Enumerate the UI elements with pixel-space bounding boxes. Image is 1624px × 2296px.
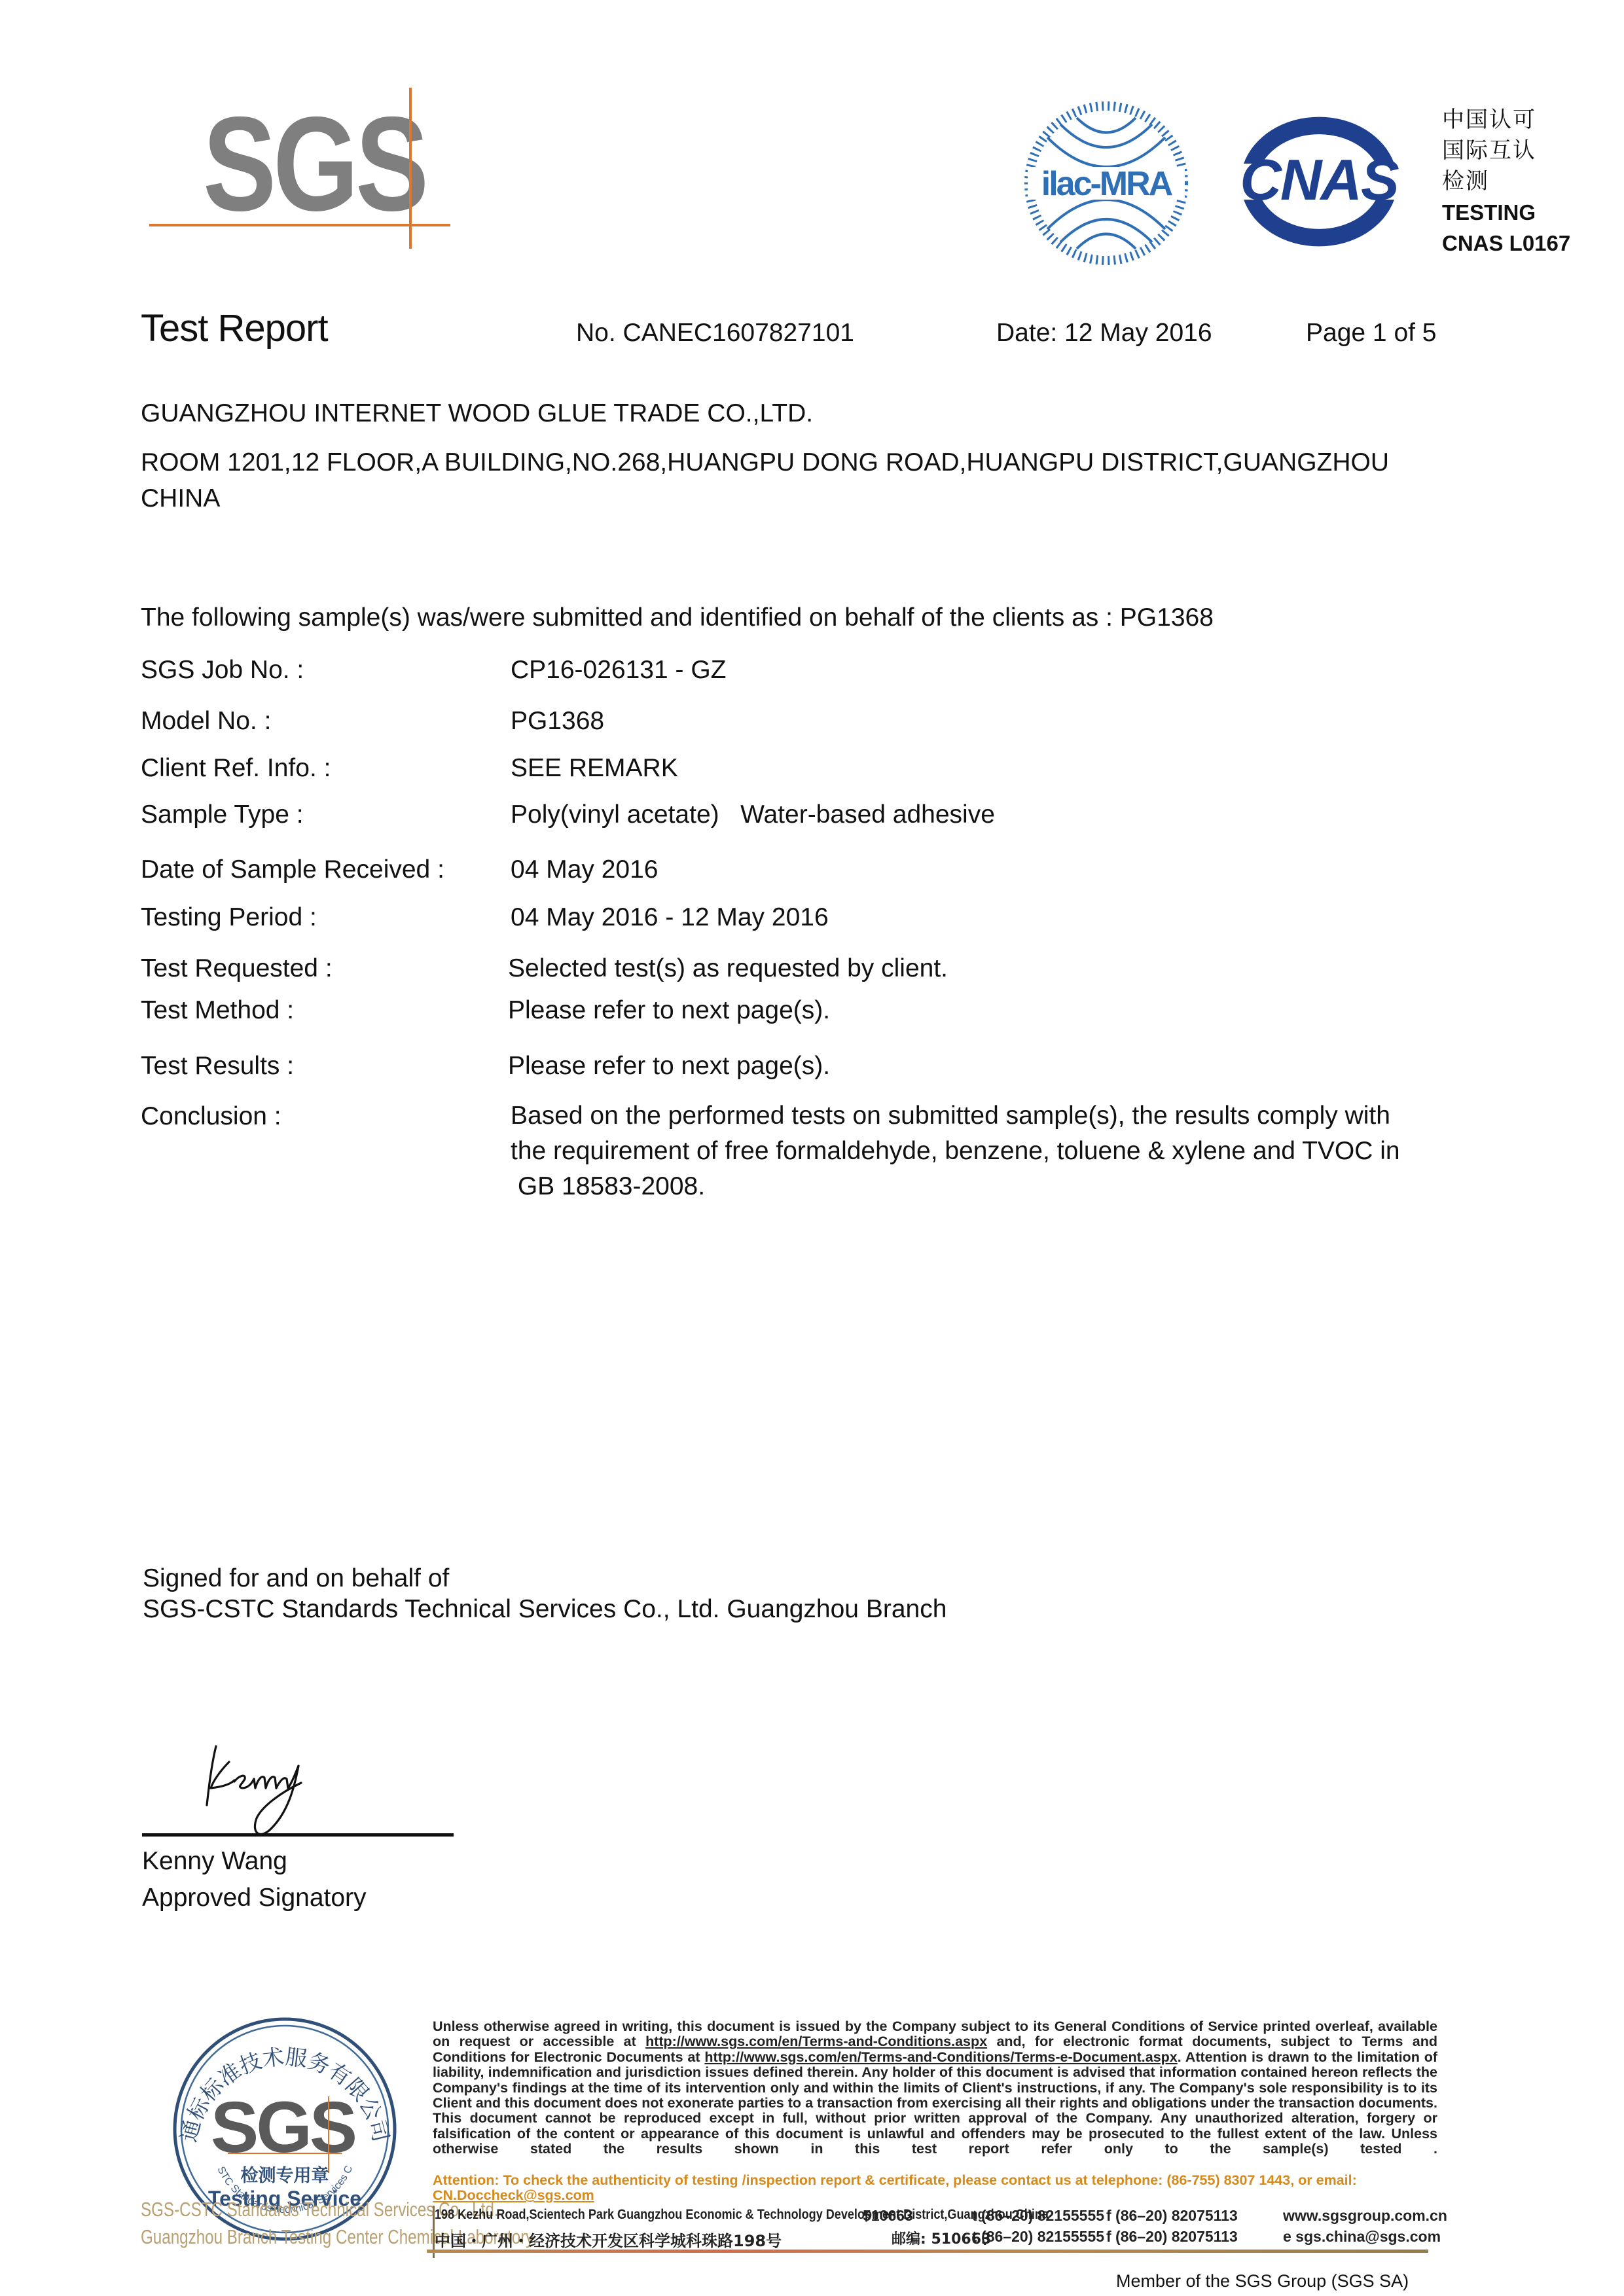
field-label-date-received: Date of Sample Received : — [141, 852, 444, 888]
fax-en: f (86–20) 82075113 — [1106, 2207, 1238, 2225]
cnas-label-line-1: 中国认可 — [1442, 105, 1570, 135]
sgs-address-english: 198 Kezhu Road,Scientech Park Guangzhou … — [435, 2207, 1049, 2223]
website-link[interactable]: www.sgsgroup.com.cn — [1283, 2207, 1447, 2225]
sgs-group-membership: Member of the SGS Group (SGS SA) — [1116, 2271, 1409, 2291]
field-label-sample-type: Sample Type : — [141, 797, 304, 833]
logo-orange-vertical — [409, 88, 412, 249]
footer-divider — [427, 2250, 1428, 2253]
telephone-cn: t (86–20) 82155555 — [972, 2228, 1104, 2246]
authenticity-notice: Attention: To check the authenticity of … — [433, 2173, 1437, 2204]
report-number: No. CANEC1607827101 — [576, 319, 854, 348]
field-value-sample-type: Poly(vinyl acetate) Water-based adhesive — [511, 797, 995, 833]
field-label-testing-period: Testing Period : — [141, 900, 317, 935]
fax-cn: f (86–20) 82075113 — [1106, 2228, 1238, 2246]
terms-conditions-link[interactable]: http://www.sgs.com/en/Terms-and-Conditio… — [645, 2034, 987, 2049]
client-address-line-2: CHINA — [141, 481, 220, 516]
legal-disclaimer: Unless otherwise agreed in writing, this… — [433, 2019, 1437, 2157]
page-indicator: Page 1 of 5 — [1306, 319, 1437, 348]
cnas-accreditation-label: 中国认可 国际互认 检测 TESTING CNAS L0167 — [1442, 105, 1570, 259]
field-label-test-requested: Test Requested : — [141, 951, 333, 986]
conclusion-text: Based on the performed tests on submitte… — [511, 1098, 1400, 1204]
cnas-testing-label: TESTING — [1442, 197, 1570, 228]
ilac-mra-logo-icon: ilac-MRA — [1021, 98, 1191, 268]
signatory-name: Kenny Wang — [142, 1844, 287, 1879]
sample-intro: The following sample(s) was/were submitt… — [141, 600, 1214, 636]
telephone-en: t (86–20) 82155555 — [972, 2207, 1104, 2225]
field-label-test-results: Test Results : — [141, 1049, 294, 1084]
doccheck-email-link[interactable]: CN.Doccheck@sgs.com — [433, 2187, 594, 2203]
conclusion-line-2: the requirement of free formaldehyde, be… — [511, 1134, 1400, 1169]
signatory-role: Approved Signatory — [142, 1880, 367, 1916]
client-address-line-1: ROOM 1201,12 FLOOR,A BUILDING,NO.268,HUA… — [141, 445, 1389, 480]
signed-on-behalf-line-2: SGS-CSTC Standards Technical Services Co… — [143, 1592, 947, 1627]
client-name: GUANGZHOU INTERNET WOOD GLUE TRADE CO.,L… — [141, 396, 813, 431]
sgs-logo: SGS — [141, 77, 488, 221]
field-label-conclusion: Conclusion : — [141, 1099, 281, 1134]
terms-e-document-link[interactable]: http://www.sgs.com/en/Terms-and-Conditio… — [704, 2049, 1177, 2065]
field-value-client-ref: SEE REMARK — [511, 751, 678, 786]
sgs-address-chinese: 中国・广州・经济技术开发区科学城科珠路198号 — [435, 2228, 782, 2251]
field-label-client-ref: Client Ref. Info. : — [141, 751, 331, 786]
field-value-test-method: Please refer to next page(s). — [508, 993, 830, 1028]
conclusion-line-1: Based on the performed tests on submitte… — [511, 1098, 1400, 1134]
handwritten-signature-icon — [196, 1741, 367, 1846]
field-label-test-method: Test Method : — [141, 993, 294, 1028]
signed-on-behalf-line-1: Signed for and on behalf of — [143, 1561, 449, 1596]
svg-text:ilac-MRA: ilac-MRA — [1041, 165, 1173, 203]
field-value-model-no: PG1368 — [511, 704, 604, 739]
sgs-email-link[interactable]: e sgs.china@sgs.com — [1283, 2228, 1441, 2246]
cnas-label-line-3: 检测 — [1442, 166, 1570, 197]
field-label-job-no: SGS Job No. : — [141, 653, 304, 688]
svg-text:CNAS: CNAS — [1240, 147, 1399, 212]
cnas-number: CNAS L0167 — [1442, 228, 1570, 259]
field-value-testing-period: 04 May 2016 - 12 May 2016 — [511, 900, 829, 935]
field-label-model-no: Model No. : — [141, 704, 271, 739]
signature-line — [142, 1833, 454, 1837]
field-value-test-requested: Selected test(s) as requested by client. — [508, 951, 948, 986]
postcode-en: 510663 — [863, 2207, 913, 2225]
cnas-logo-icon: CNAS — [1224, 108, 1414, 255]
authenticity-text: Attention: To check the authenticity of … — [433, 2172, 1357, 2188]
field-value-test-results: Please refer to next page(s). — [508, 1049, 830, 1084]
field-value-date-received: 04 May 2016 — [511, 852, 659, 888]
cnas-label-line-2: 国际互认 — [1442, 135, 1570, 166]
conclusion-line-3: GB 18583-2008. — [511, 1169, 1400, 1204]
svg-text:SGS: SGS — [211, 2087, 355, 2168]
field-value-job-no: CP16-026131 - GZ — [511, 653, 727, 688]
sgs-logo-text: SGS — [203, 97, 425, 231]
logo-orange-baseline — [149, 224, 450, 226]
report-title: Test Report — [141, 306, 328, 350]
svg-text:检测专用章: 检测专用章 — [241, 2165, 329, 2186]
disclaimer-text-3: . Attention is drawn to the limitation o… — [433, 2049, 1437, 2157]
report-date: Date: 12 May 2016 — [996, 319, 1212, 348]
